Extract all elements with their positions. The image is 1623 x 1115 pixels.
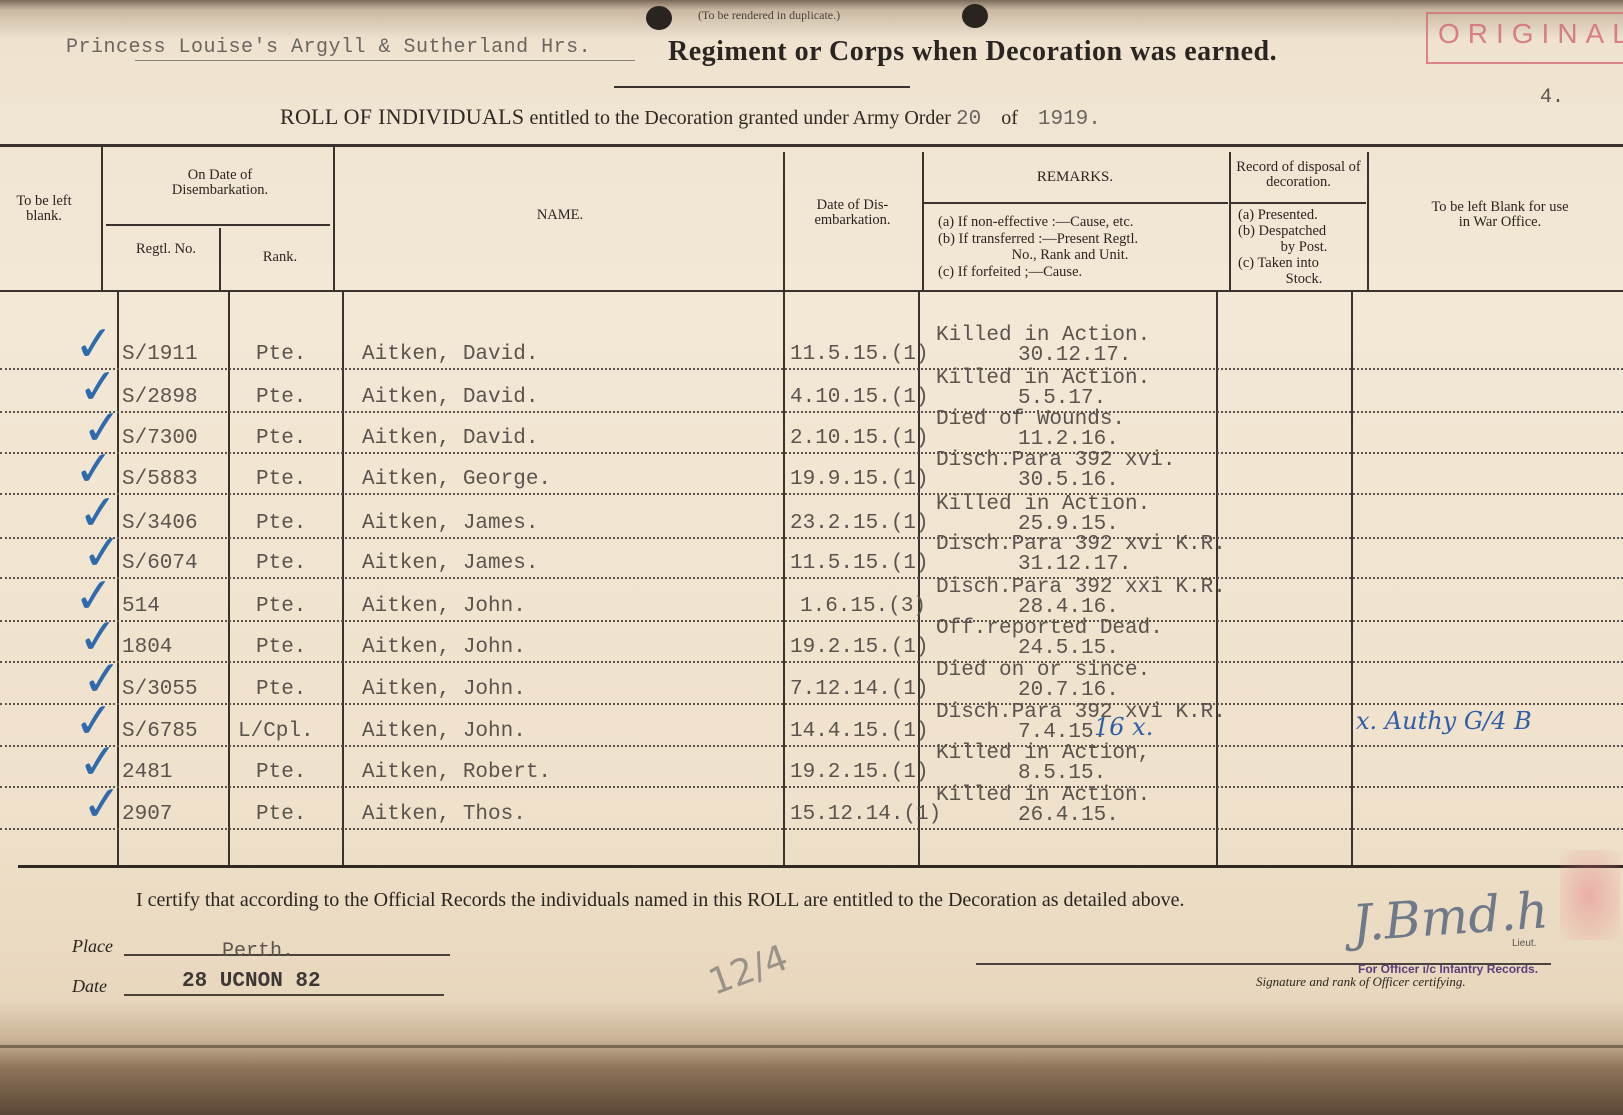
regtl-no: S/6785 — [122, 720, 198, 743]
soldier-name: Aitken, Robert. — [362, 761, 551, 784]
roll-title: ROLL OF INDIVIDUALS entitled to the Deco… — [280, 104, 1101, 131]
disembarkation-date: 19.2.15.(1) — [790, 761, 929, 784]
army-order-number: 20 — [956, 108, 981, 131]
col-header-rank: Rank. — [240, 250, 320, 265]
disembarkation-date: 19.9.15.(1) — [790, 468, 929, 491]
disembarkation-date: 19.2.15.(1) — [790, 636, 929, 659]
remarks-b: (b) If transferred :—Present Regtl. — [938, 232, 1228, 247]
regtl-no: S/6074 — [122, 552, 198, 575]
col-header-regtl-no: Regtl. No. — [136, 242, 196, 257]
group-rule — [106, 224, 330, 226]
original-stamp: ORIGINAL — [1426, 12, 1623, 64]
col-header-disposal: Record of disposal of decoration. — [1232, 160, 1365, 190]
remark-date: 30.5.16. — [1018, 469, 1119, 492]
disembarkation-date: 1.6.15.(3) — [800, 595, 926, 618]
disembarkation-date: 15.12.14.(1) — [790, 803, 941, 826]
row-dotted-line — [0, 661, 1623, 663]
punch-hole-left — [646, 6, 672, 30]
col-header-name: NAME. — [500, 208, 620, 223]
disposal-a: (a) Presented. — [1238, 208, 1368, 223]
regtl-no: S/3406 — [122, 512, 198, 535]
soldier-name: Aitken, David. — [362, 427, 538, 450]
table-bottom-rule — [18, 865, 1623, 868]
rank: Pte. — [256, 427, 306, 450]
regtl-no: S/1911 — [122, 343, 198, 366]
soldier-name: Aitken, David. — [362, 386, 538, 409]
regtl-no: S/2898 — [122, 386, 198, 409]
remark-date: 24.5.15. — [1018, 637, 1119, 660]
row-dotted-line — [0, 493, 1623, 495]
col-divider — [783, 152, 785, 291]
regiment-underline — [135, 60, 635, 61]
page-number: 4. — [1540, 86, 1564, 109]
row-dotted-line — [0, 537, 1623, 539]
col-divider — [1229, 152, 1231, 291]
remark-date: 30.12.17. — [1018, 344, 1131, 367]
soldier-name: Aitken, John. — [362, 678, 526, 701]
of-label: of — [1001, 107, 1018, 129]
rank: L/Cpl. — [238, 720, 314, 743]
col-header-remarks: REMARKS. — [990, 170, 1160, 186]
disembarkation-date: 7.12.14.(1) — [790, 678, 929, 701]
order-year: 1919. — [1038, 108, 1101, 131]
soldier-name: Aitken, John. — [362, 595, 526, 618]
remark-date: 28.4.16. — [1018, 596, 1119, 619]
rank: Pte. — [256, 678, 306, 701]
remark-date: 7.4.15. — [1018, 721, 1106, 744]
roll-text: entitled to the Decoration granted under… — [529, 107, 951, 129]
red-ink-smudge — [1560, 850, 1620, 940]
soldier-name: Aitken, David. — [362, 343, 538, 366]
disposal-c2: Stock. — [1254, 272, 1354, 287]
disembarkation-date: 11.5.15.(1) — [790, 552, 929, 575]
row-dotted-line — [0, 620, 1623, 622]
disposal-b2: by Post. — [1254, 240, 1354, 255]
rank: Pte. — [256, 468, 306, 491]
regtl-no: S/7300 — [122, 427, 198, 450]
remark-date: 26.4.15. — [1018, 804, 1119, 827]
remark-date: 11.2.16. — [1018, 428, 1119, 451]
soldier-name: Aitken, John. — [362, 636, 526, 659]
date-stamp: 28 UCNON 82 — [182, 970, 321, 993]
place-label: Place — [72, 936, 113, 957]
rank: Pte. — [256, 386, 306, 409]
certification-text: I certify that according to the Official… — [136, 889, 1185, 912]
rank: Pte. — [256, 343, 306, 366]
duplicate-note: (To be rendered in duplicate.) — [698, 8, 840, 23]
rank: Pte. — [256, 595, 306, 618]
remarks-a: (a) If non-effective :—Cause, etc. — [938, 215, 1228, 230]
regtl-no: 514 — [122, 595, 160, 618]
col-divider — [219, 228, 221, 291]
col-divider — [101, 146, 103, 291]
regiment-name: Princess Louise's Argyll & Sutherland Hr… — [66, 36, 591, 59]
col-header-war-office: To be left Blank for use in War Office. — [1430, 200, 1570, 230]
soldier-name: Aitken, George. — [362, 468, 551, 491]
row-dotted-line — [0, 577, 1623, 579]
remarks-b2: No., Rank and Unit. — [960, 248, 1180, 263]
rank: Pte. — [256, 761, 306, 784]
remark-correction: 16 x. — [1094, 713, 1153, 741]
soldier-name: Aitken, John. — [362, 720, 526, 743]
regtl-no: 2907 — [122, 803, 172, 826]
regtl-no: 2481 — [122, 761, 172, 784]
regtl-no: 1804 — [122, 636, 172, 659]
regtl-no: S/3055 — [122, 678, 198, 701]
regiment-label: Regiment or Corps when Decoration was ea… — [668, 36, 1277, 68]
soldier-name: Aitken, Thos. — [362, 803, 526, 826]
rank: Pte. — [256, 803, 306, 826]
disembarkation-date: 23.2.15.(1) — [790, 512, 929, 535]
row-dotted-line — [0, 745, 1623, 747]
rank: Pte. — [256, 552, 306, 575]
punch-hole-right — [962, 4, 988, 28]
book-page-edge — [0, 1045, 1623, 1048]
col-header-date: Date of Dis- embarkation. — [790, 198, 915, 228]
col-header-on-date: On Date of Disembarkation. — [140, 168, 300, 198]
checkmark-icon: ✓ — [80, 779, 123, 830]
date-label: Date — [72, 976, 107, 997]
col-header-left-blank: To be left blank. — [14, 194, 74, 224]
date-line — [124, 994, 444, 996]
place-value: Perth. — [222, 940, 294, 963]
disembarkation-date: 2.10.15.(1) — [790, 427, 929, 450]
row-dotted-line — [0, 452, 1623, 454]
soldier-name: Aitken, James. — [362, 552, 538, 575]
row-dotted-line — [0, 368, 1623, 370]
remark-date: 5.5.17. — [1018, 387, 1106, 410]
remark-date: 31.12.17. — [1018, 553, 1131, 576]
table-top-rule — [0, 144, 1623, 147]
disposal-c: (c) Taken into — [1238, 256, 1368, 271]
soldier-name: Aitken, James. — [362, 512, 538, 535]
row-dotted-line — [0, 828, 1623, 830]
row-dotted-line — [0, 411, 1623, 413]
regtl-no: S/5883 — [122, 468, 198, 491]
rank: Pte. — [256, 512, 306, 535]
disposal-rule — [1231, 202, 1366, 204]
disembarkation-date: 14.4.15.(1) — [790, 720, 929, 743]
remarks-rule — [924, 202, 1228, 204]
col-divider — [922, 152, 924, 291]
pencil-annotation: 12/4 — [703, 937, 793, 1003]
remark-date: 8.5.15. — [1018, 762, 1106, 785]
table-header-rule — [0, 290, 1623, 292]
disembarkation-date: 4.10.15.(1) — [790, 386, 929, 409]
row-dotted-line — [0, 703, 1623, 705]
war-office-annotation: x. Authy G/4 B — [1356, 707, 1532, 735]
disposal-b: (b) Despatched — [1238, 224, 1368, 239]
roll-caps: ROLL OF INDIVIDUALS — [280, 104, 524, 129]
row-dotted-line — [0, 786, 1623, 788]
remarks-c: (c) If forfeited ;—Cause. — [938, 265, 1228, 280]
title-rule — [614, 86, 910, 88]
rank: Pte. — [256, 636, 306, 659]
remark-date: 20.7.16. — [1018, 679, 1119, 702]
disembarkation-date: 11.5.15.(1) — [790, 343, 929, 366]
signature-label: Signature and rank of Officer certifying… — [1256, 974, 1466, 990]
col-divider — [333, 146, 335, 291]
signature-rank: Lieut. — [1512, 938, 1536, 949]
